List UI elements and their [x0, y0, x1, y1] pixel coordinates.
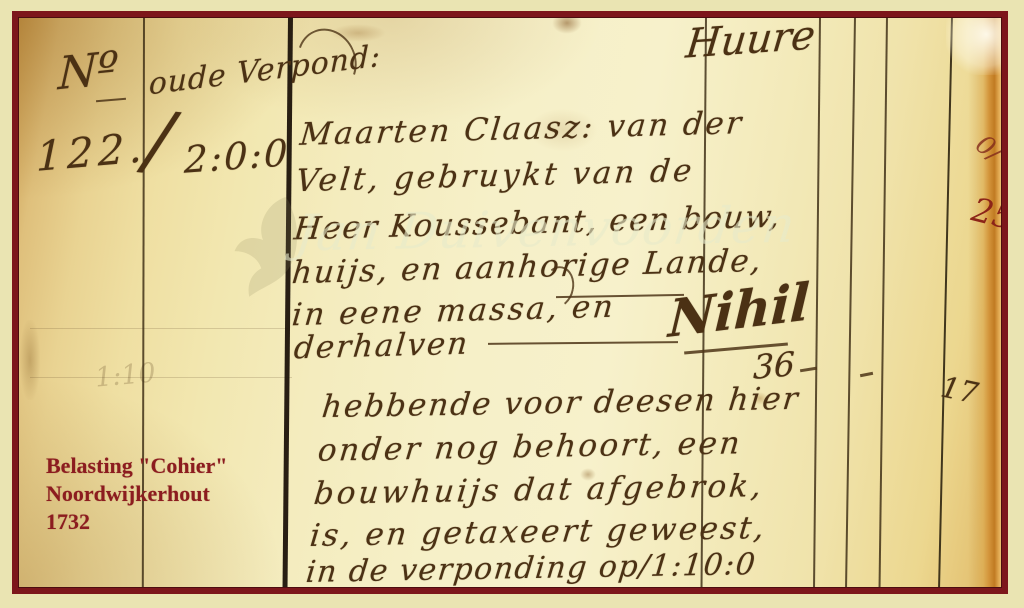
margin-mark: 17	[938, 372, 980, 408]
mat-border	[0, 0, 1024, 11]
caption-line: Noordwijkerhout	[46, 480, 227, 508]
caption-block: Belasting "Cohier" Noordwijkerhout 1732	[46, 452, 227, 536]
faint-rule	[30, 377, 292, 378]
note-line: in de verponding op/1:10:0	[304, 550, 757, 588]
bleed-through-mark: 1:10	[94, 357, 157, 393]
mat-border	[1008, 0, 1024, 608]
scanned-document-photo: 1:10 0/ 25 Jan Duivenvoorden Nº 122. oud…	[0, 0, 1024, 608]
watermark-text: Jan Duivenvoorden	[292, 196, 798, 263]
caption-line: 1732	[46, 508, 227, 536]
number-column-header: Nº	[57, 45, 119, 97]
mat-border	[0, 0, 12, 608]
old-assessment-value: 2:0:0	[184, 134, 290, 178]
note-line: hebbende voor deesen hier	[320, 384, 801, 423]
entry-line: derhalven	[293, 329, 471, 365]
faint-rule	[30, 328, 288, 329]
page-edge	[968, 17, 1002, 588]
caption-line: Belasting "Cohier"	[46, 452, 227, 480]
note-line: onder nog behoort, een	[316, 428, 743, 466]
note-line: is, en getaxeert geweest,	[308, 513, 767, 552]
stain	[20, 320, 40, 400]
page-curl-highlight	[946, 17, 1008, 75]
amount-value: 36	[753, 347, 795, 384]
note-line: bouwhuijs dat afgebrok,	[312, 471, 765, 510]
mat-border	[0, 594, 1024, 608]
entry-number: 122.	[36, 127, 148, 178]
rent-column-header: Huure	[684, 15, 817, 64]
stain	[552, 12, 582, 34]
